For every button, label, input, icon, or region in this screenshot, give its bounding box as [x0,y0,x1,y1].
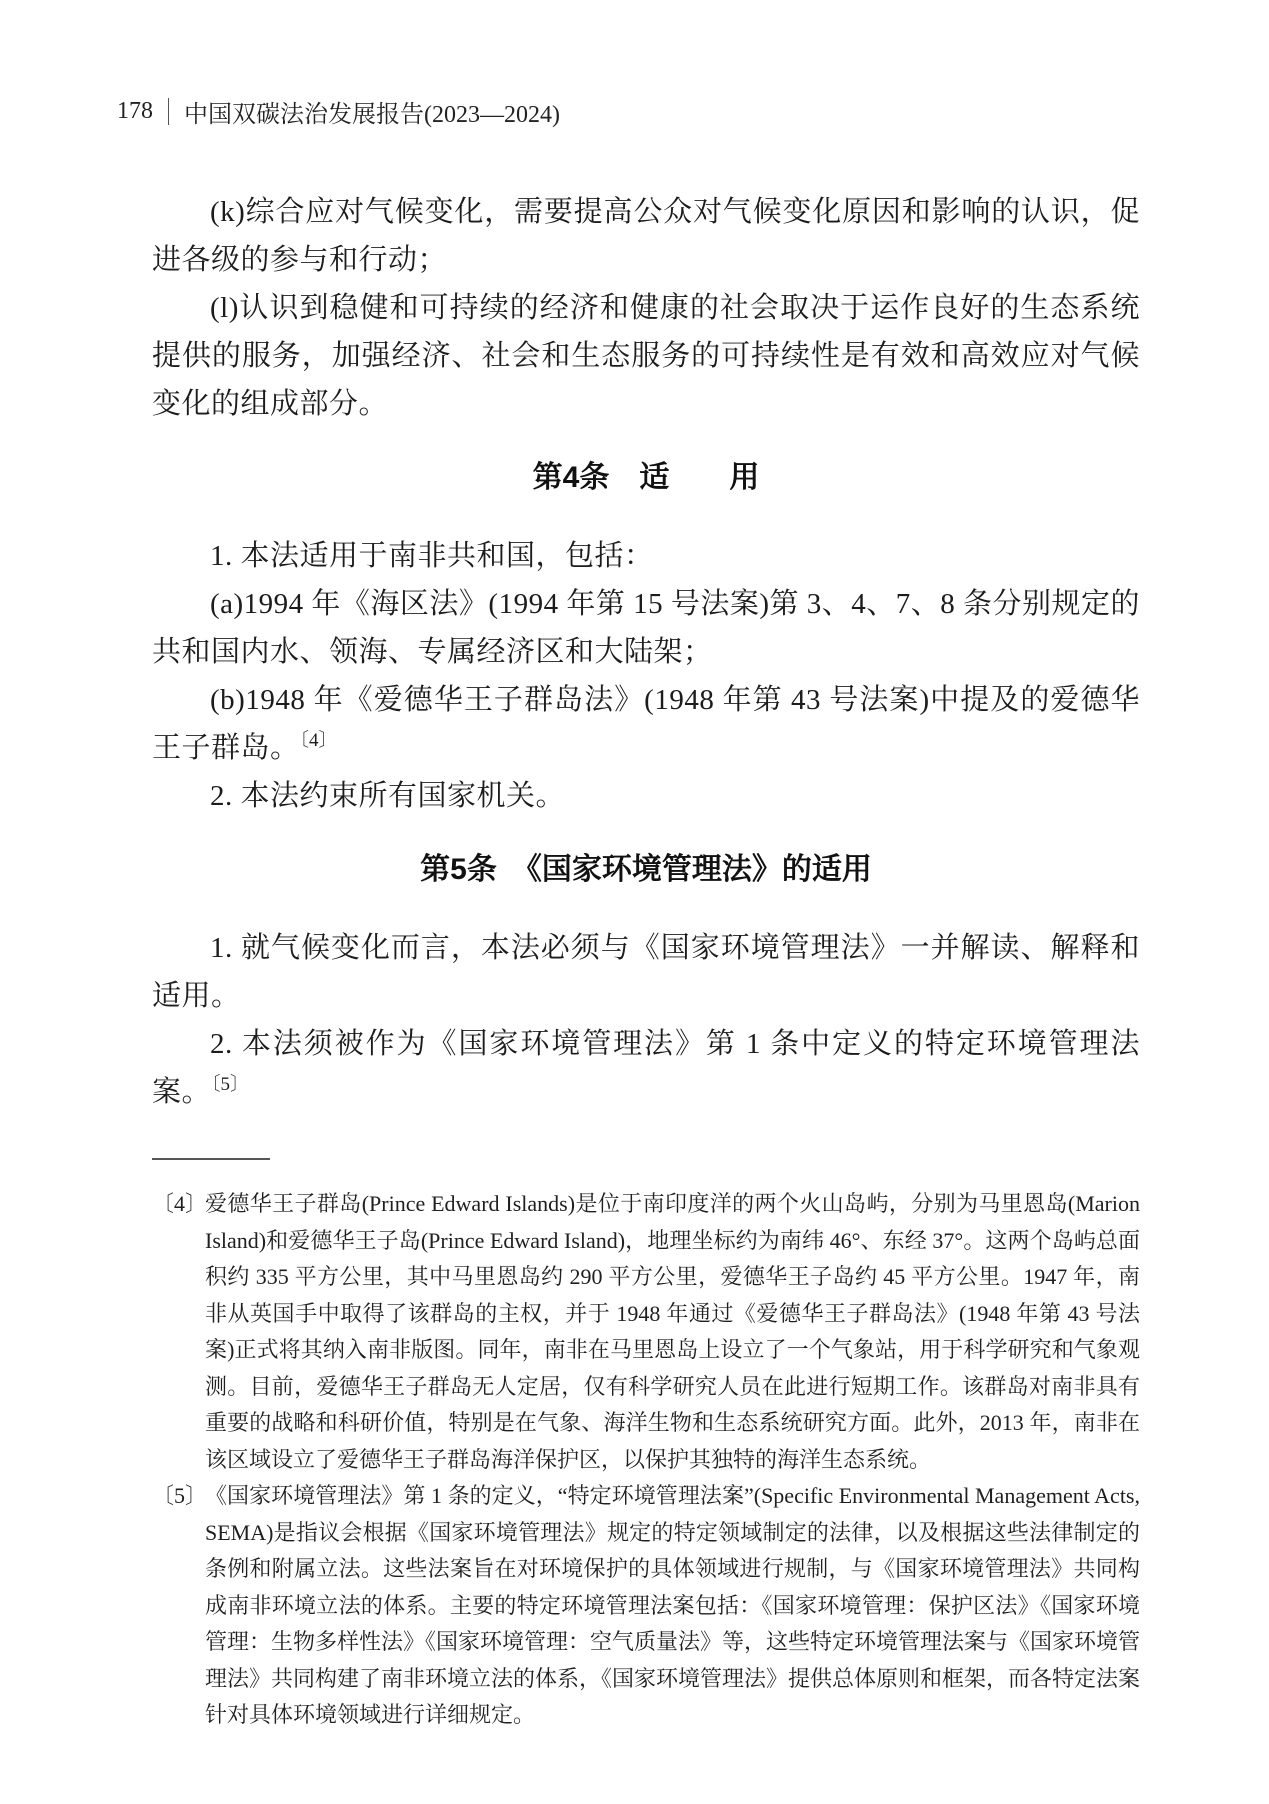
main-text: (k)综合应对气候变化，需要提高公众对气候变化原因和影响的认识，促进各级的参与和… [152,188,1140,1116]
footnote-4: 〔4〕 爱德华王子群岛(Prince Edward Islands)是位于南印度… [152,1186,1140,1478]
article4-clause-2: 2. 本法约束所有国家机关。 [152,772,1140,820]
footnote-5-text: 《国家环境管理法》第 1 条的定义，“特定环境管理法案”(Specific En… [205,1483,1140,1727]
footnote-divider [152,1158,270,1160]
paragraph-item-l: (l)认识到稳健和可持续的经济和健康的社会取决于运作良好的生态系统提供的服务，加… [152,284,1140,428]
article-4-heading: 第4条 适 用 [152,454,1140,502]
running-header: 178 中国双碳法治发展报告(2023—2024) [117,94,560,129]
book-page: 178 中国双碳法治发展报告(2023—2024) (k)综合应对气候变化，需要… [0,0,1269,1804]
footnote-5: 〔5〕 《国家环境管理法》第 1 条的定义，“特定环境管理法案”(Specifi… [152,1478,1140,1734]
article4-item-a: (a)1994 年《海区法》(1994 年第 15 号法案)第 3、4、7、8 … [152,580,1140,676]
article5-clause-2: 2. 本法须被作为《国家环境管理法》第 1 条中定义的特定环境管理法案。〔5〕 [152,1020,1140,1116]
footnote-4-text: 爱德华王子群岛(Prince Edward Islands)是位于南印度洋的两个… [205,1191,1140,1472]
footnote-5-marker: 〔5〕 [152,1478,207,1515]
header-separator [168,98,169,125]
running-title: 中国双碳法治发展报告(2023—2024) [184,94,560,129]
footnote-ref-5: 〔5〕 [211,1074,249,1095]
page-number: 178 [117,98,153,125]
footnotes-section: 〔4〕 爱德华王子群岛(Prince Edward Islands)是位于南印度… [152,1158,1140,1734]
article4-clause-1: 1. 本法适用于南非共和国，包括： [152,532,1140,580]
footnote-ref-4: 〔4〕 [300,730,338,751]
footnote-4-marker: 〔4〕 [152,1186,207,1223]
article5-clause-1: 1. 就气候变化而言，本法必须与《国家环境管理法》一并解读、解释和适用。 [152,924,1140,1020]
paragraph-item-k: (k)综合应对气候变化，需要提高公众对气候变化原因和影响的认识，促进各级的参与和… [152,188,1140,284]
article4-item-b: (b)1948 年《爱德华王子群岛法》(1948 年第 43 号法案)中提及的爱… [152,676,1140,772]
article4-item-b-text: (b)1948 年《爱德华王子群岛法》(1948 年第 43 号法案)中提及的爱… [152,684,1140,764]
article5-clause-2-text: 2. 本法须被作为《国家环境管理法》第 1 条中定义的特定环境管理法案。 [152,1028,1140,1108]
article-5-heading: 第5条 《国家环境管理法》的适用 [152,846,1140,894]
